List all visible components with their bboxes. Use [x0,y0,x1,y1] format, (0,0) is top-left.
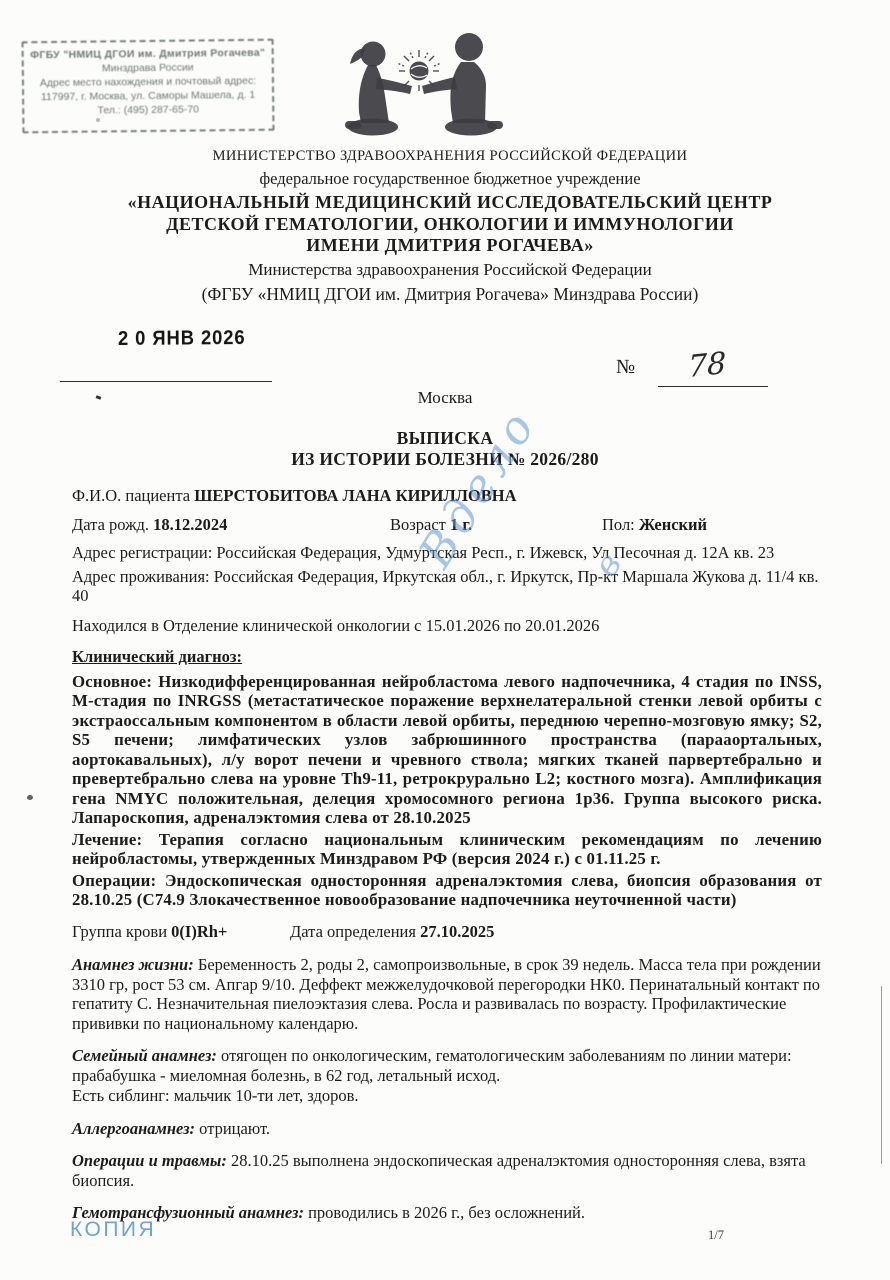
handwritten-number: 78 [688,346,726,385]
allergy-anamnesis: Аллергоанамнез: отрицают. [72,1119,822,1139]
ministry-line-2: Министерства здравоохранения Российской … [90,260,810,280]
document-title: ВЫПИСКА [0,428,890,449]
living-address: Адрес проживания: Российская Федерация, … [72,567,822,606]
operations-label: Операции: [72,871,156,890]
diagnosis-treatment: Лечение: Терапия согласно национальным к… [72,830,822,869]
ministry-line: МИНИСТЕРСТВО ЗДРАВООХРАНЕНИЯ РОССИЙСКОЙ … [90,148,810,165]
document-header: МИНИСТЕРСТВО ЗДРАВООХРАНЕНИЯ РОССИЙСКОЙ … [90,148,810,305]
document-subtitle: ИЗ ИСТОРИИ БОЛЕЗНИ № 2026/280 [0,449,890,470]
operations-text: Эндоскопическая односторонняя адреналэкт… [72,871,822,910]
sex-field: Пол: Женский [602,515,822,535]
org-name-line-1: «НАЦИОНАЛЬНЫЙ МЕДИЦИНСКИЙ ИССЛЕДОВАТЕЛЬС… [90,192,810,214]
org-name-line-3: ИМЕНИ ДМИТРИЯ РОГАЧЕВА» [90,235,810,257]
stamp-address: 117997, г. Москва, ул. Саморы Машела, д.… [28,88,268,105]
copy-watermark: КОПИЯ [70,1218,156,1242]
age-value: 1 г. [450,515,472,534]
city-line: Москва [0,388,890,408]
life-anamnesis: Анамнез жизни: Беременность 2, роды 2, с… [72,955,822,1033]
stamp-org-name: ФГБУ "НМИЦ ДГОИ им. Дмитрия Рогачева" [28,46,268,63]
hemotransfusion-anamnesis: Гемотрансфузионный анамнез: проводились … [72,1203,822,1223]
org-abbr-line: (ФГБУ «НМИЦ ДГОИ им. Дмитрия Рогачева» М… [90,284,810,305]
diagnosis-main: Основное: Низкодифференцированная нейроб… [72,672,822,828]
dob-field: Дата рожд. 18.12.2024 [72,515,390,535]
patient-info-row: Дата рожд. 18.12.2024 Возраст 1 г. Пол: … [72,515,822,535]
blood-group-row: Группа крови 0(I)Rh+ Дата определения 27… [72,922,822,942]
operations-traumas: Операции и травмы: 28.10.25 выполнена эн… [72,1151,822,1190]
org-name-line-2: ДЕТСКОЙ ГЕМАТОЛОГИИ, ОНКОЛОГИИ И ИММУНОЛ… [90,214,810,236]
blood-group-field: Группа крови 0(I)Rh+ [72,922,290,942]
scan-speck [96,118,100,122]
scan-artifact-line [881,986,882,1164]
org-address-stamp: ФГБУ "НМИЦ ДГОИ им. Дмитрия Рогачева" Ми… [22,39,275,134]
dob-label: Дата рожд. [72,515,149,534]
diagnosis-operations: Операции: Эндоскопическая односторонняя … [72,871,822,910]
number-sign: № [616,356,635,379]
registration-address: Адрес регистрации: Российская Федерация,… [72,543,822,563]
children-globe-logo-icon [332,28,512,153]
incoming-date-stamp: 2 0 ЯНВ 2026 [118,327,246,351]
dob-value: 18.12.2024 [153,515,227,534]
stay-period-line: Находился в Отделение клинической онколо… [72,616,822,636]
diagnosis-main-label: Основное: [72,672,152,691]
blood-group-value: 0(I)Rh+ [171,922,227,941]
blood-date-field: Дата определения 27.10.2025 [290,922,494,942]
document-body: Ф.И.О. пациента ШЕРСТОБИТОВА ЛАНА КИРИЛЛ… [72,486,822,1236]
patient-fio-line: Ф.И.О. пациента ШЕРСТОБИТОВА ЛАНА КИРИЛЛ… [72,486,822,506]
date-underline [60,381,272,382]
sex-value: Женский [639,515,707,534]
scan-speck [27,795,33,800]
age-label: Возраст [390,515,446,534]
blood-group-label: Группа крови [72,922,167,941]
number-underline [658,386,768,387]
sibling-line: Есть сиблинг: мальчик 10-ти лет, здоров. [72,1086,822,1106]
diagnosis-heading: Клинический диагноз: [72,647,822,667]
scanned-document-page: ФГБУ "НМИЦ ДГОИ им. Дмитрия Рогачева" Ми… [0,0,890,1280]
blood-date-value: 27.10.2025 [420,922,494,941]
treatment-text: Терапия согласно национальным клинически… [72,830,822,869]
stamp-phone: Тел.: (495) 287-65-70 [28,102,268,119]
treatment-label: Лечение: [72,830,142,849]
family-anamnesis: Семейный анамнез: отягощен по онкологиче… [72,1046,822,1085]
fio-label: Ф.И.О. пациента [72,486,190,505]
diagnosis-main-text: Низкодифференцированная нейробластома ле… [72,672,822,828]
age-field: Возраст 1 г. [390,515,602,535]
fio-value: ШЕРСТОБИТОВА ЛАНА КИРИЛЛОВНА [194,486,516,505]
sex-label: Пол: [602,515,635,534]
fgu-line: федеральное государственное бюджетное уч… [90,169,810,189]
blood-date-label: Дата определения [290,922,416,941]
page-number: 1/7 [708,1228,724,1243]
